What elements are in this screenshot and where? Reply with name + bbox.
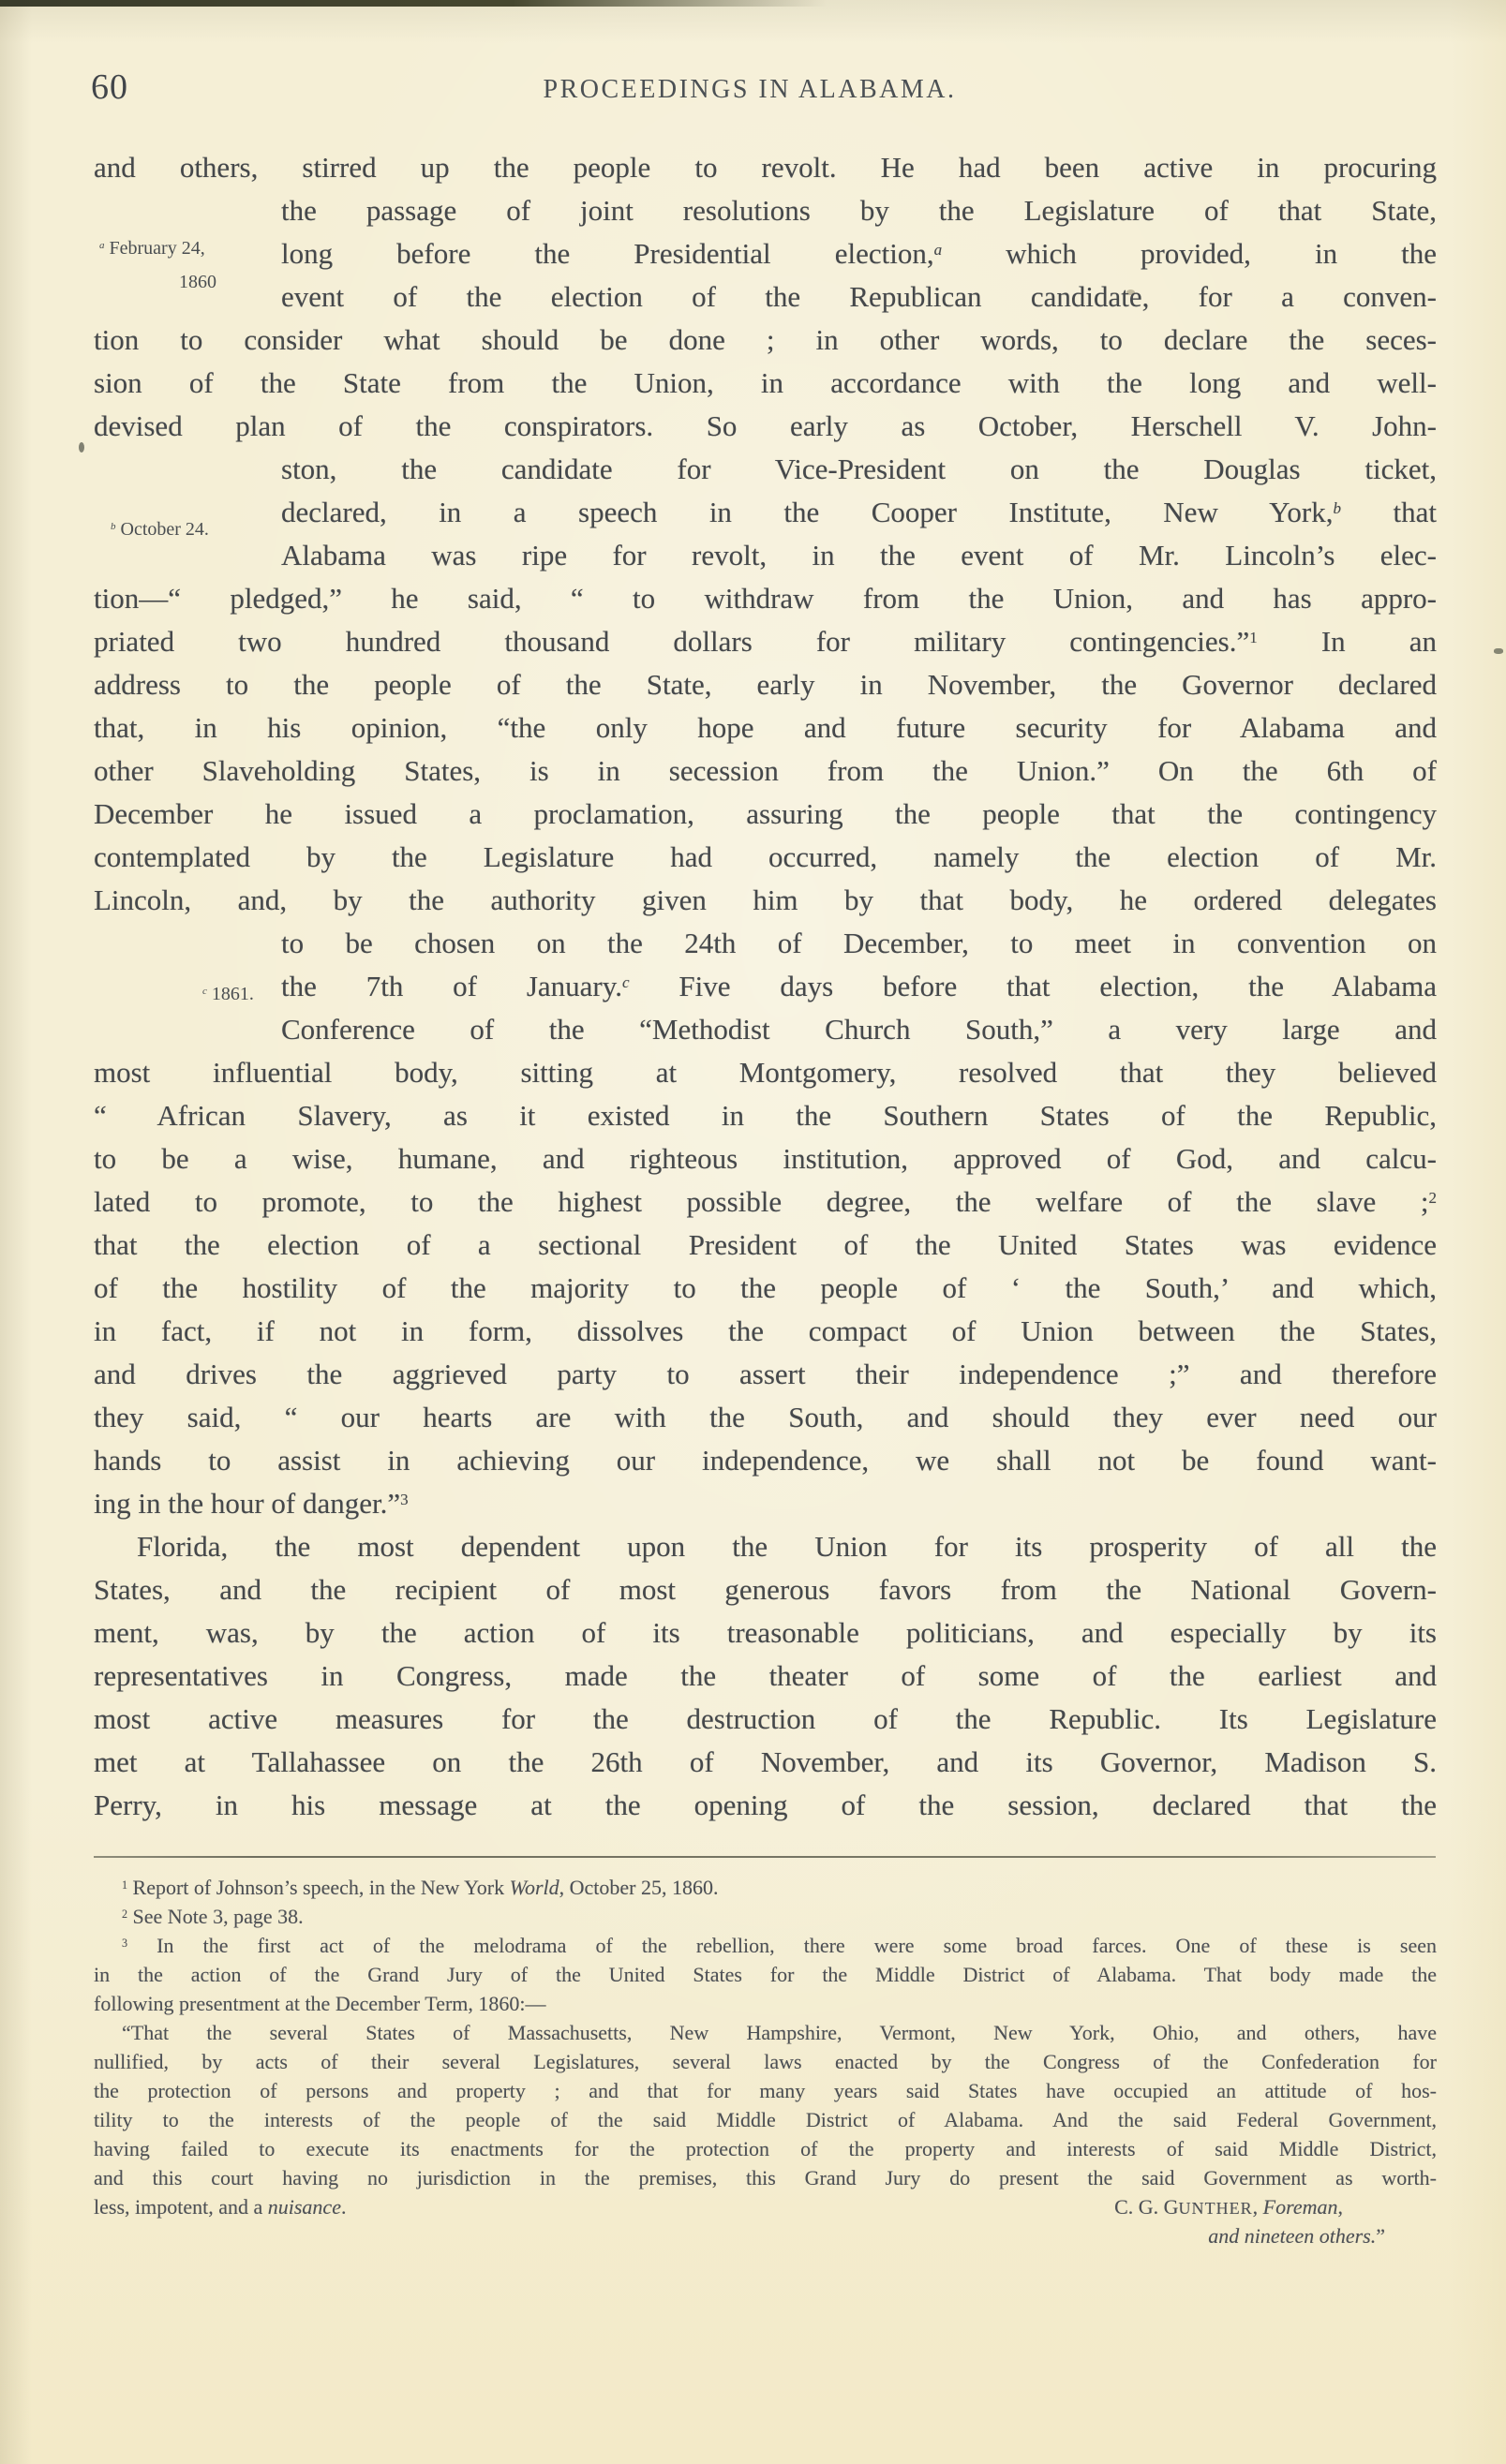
footnote-line: and nineteen others.”	[94, 2221, 1437, 2250]
body-text-line: and drives the aggrieved party to assert…	[94, 1353, 1437, 1396]
body-text-line: States, and the recipient of most genero…	[94, 1568, 1437, 1611]
footnote-line: 2 See Note 3, page 38.	[94, 1902, 1437, 1931]
body-text-line: lated to promote, to the highest possibl…	[94, 1180, 1437, 1224]
scan-edge-artifact	[0, 0, 827, 7]
body-text-line: to be a wise, humane, and righteous inst…	[94, 1137, 1437, 1180]
body-text-line: devised plan of the conspirators. So ear…	[94, 405, 1437, 448]
body-text-line: met at Tallahassee on the 26th of Novemb…	[94, 1741, 1437, 1784]
body-text-line: ment, was, by the action of its treasona…	[94, 1611, 1437, 1655]
body-text-line: Conference of the “Methodist Church Sout…	[94, 1008, 1437, 1051]
body-text-line: Lincoln, and, by the authority given him…	[94, 879, 1437, 922]
body-text-line: most active measures for the destruction…	[94, 1698, 1437, 1741]
body-text-line: in fact, if not in form, dissolves the c…	[94, 1310, 1437, 1353]
footnote-line: the protection of persons and property ;…	[94, 2076, 1437, 2105]
footnote-line: 1 Report of Johnson’s speech, in the New…	[94, 1873, 1437, 1902]
body-text-line: the 7th of January.c Five days before th…	[94, 965, 1437, 1008]
body-text-line: representatives in Congress, made the th…	[94, 1655, 1437, 1698]
body-text-line: hands to assist in achieving our indepen…	[94, 1439, 1437, 1482]
body-text-line: “ African Slavery, as it existed in the …	[94, 1094, 1437, 1137]
body-text-line: of the hostility of the majority to the …	[94, 1267, 1437, 1310]
footnotes: 1 Report of Johnson’s speech, in the New…	[94, 1873, 1437, 2250]
footnote-line: following presentment at the December Te…	[94, 1989, 1437, 2018]
body-text: and others, stirred up the people to rev…	[94, 146, 1437, 1827]
body-text-line: and others, stirred up the people to rev…	[94, 146, 1437, 189]
body-text-line: event of the election of the Republican …	[94, 275, 1437, 319]
body-text-line: contemplated by the Legislature had occu…	[94, 836, 1437, 879]
footnote-line: nullified, by acts of their several Legi…	[94, 2047, 1437, 2076]
footnote-line: less, impotent, and a nuisance.C. G. GUN…	[94, 2192, 1437, 2221]
body-text-line: tion to consider what should be done ; i…	[94, 319, 1437, 362]
body-text-line: Florida, the most dependent upon the Uni…	[94, 1525, 1437, 1568]
body-text-line: that, in his opinion, “the only hope and…	[94, 706, 1437, 750]
body-text-line: December he issued a proclamation, assur…	[94, 793, 1437, 836]
footnote-rule	[94, 1856, 1436, 1858]
running-header: PROCEEDINGS IN ALABAMA.	[94, 75, 1406, 105]
body-text-line: the passage of joint resolutions by the …	[94, 189, 1437, 232]
footnote-line: in the action of the Grand Jury of the U…	[94, 1960, 1437, 1989]
body-text-line: they said, “ our hearts are with the Sou…	[94, 1396, 1437, 1439]
footnote-line: 3 In the first act of the melodrama of t…	[94, 1931, 1437, 1960]
footnote-line: “That the several States of Massachusett…	[94, 2018, 1437, 2047]
body-text-line: long before the Presidential election,a …	[94, 232, 1437, 275]
body-text-line: address to the people of the State, earl…	[94, 663, 1437, 706]
body-text-line: Perry, in his message at the opening of …	[94, 1784, 1437, 1827]
scan-speck	[79, 442, 84, 453]
footnote-line: tility to the interests of the people of…	[94, 2105, 1437, 2134]
body-text-line: Alabama was ripe for revolt, in the even…	[94, 534, 1437, 577]
body-text-line: tion—“ pledged,” he said, “ to withdraw …	[94, 577, 1437, 620]
scan-speck	[1494, 648, 1503, 654]
body-text-line: declared, in a speech in the Cooper Inst…	[94, 491, 1437, 534]
footnote-line: having failed to execute its enactments …	[94, 2134, 1437, 2163]
body-text-line: sion of the State from the Union, in acc…	[94, 362, 1437, 405]
book-page-scan: 60 PROCEEDINGS IN ALABAMA. a February 24…	[0, 0, 1506, 2464]
body-text-line: that the election of a sectional Preside…	[94, 1224, 1437, 1267]
body-text-line: ing in the hour of danger.”3	[94, 1482, 1437, 1525]
body-text-line: ston, the candidate for Vice-President o…	[94, 448, 1437, 491]
body-text-line: priated two hundred thousand dollars for…	[94, 620, 1437, 663]
body-text-line: most influential body, sitting at Montgo…	[94, 1051, 1437, 1094]
body-text-line: other Slaveholding States, is in secessi…	[94, 750, 1437, 793]
body-text-line: to be chosen on the 24th of December, to…	[94, 922, 1437, 965]
footnote-line: and this court having no jurisdiction in…	[94, 2163, 1437, 2192]
